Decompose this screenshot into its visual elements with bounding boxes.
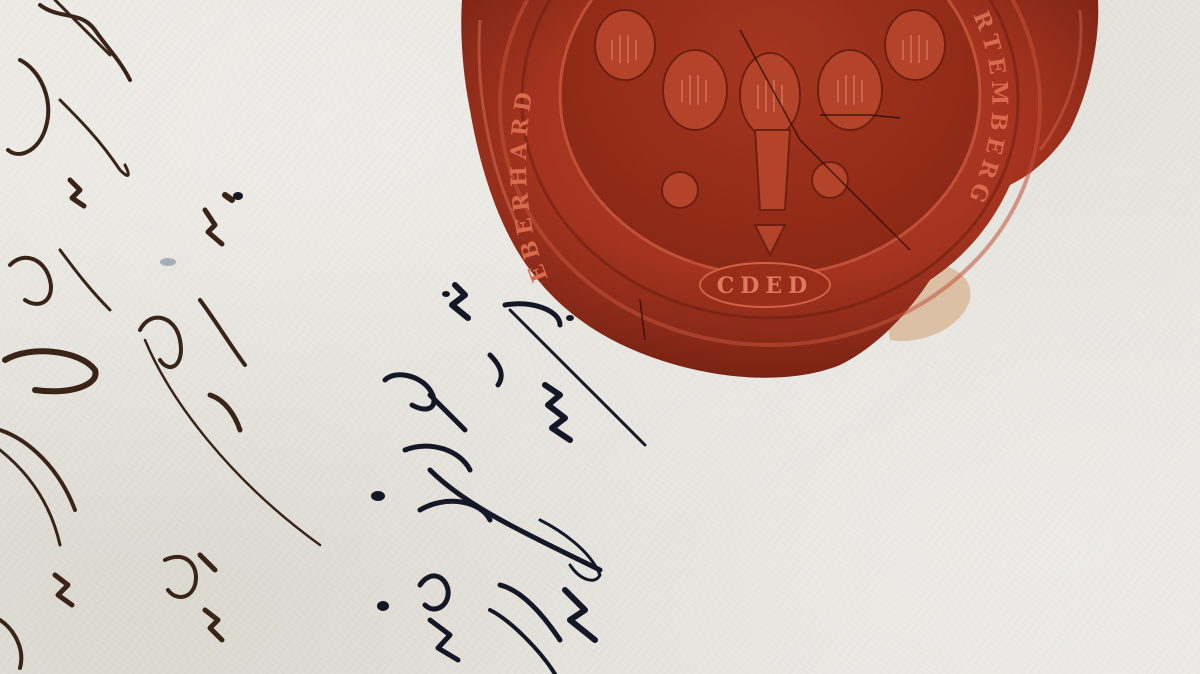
seal-inscription-bottom: CDED [717,273,813,299]
wax-seal: EBERHARD RTEMBERG CDED [0,0,1200,674]
